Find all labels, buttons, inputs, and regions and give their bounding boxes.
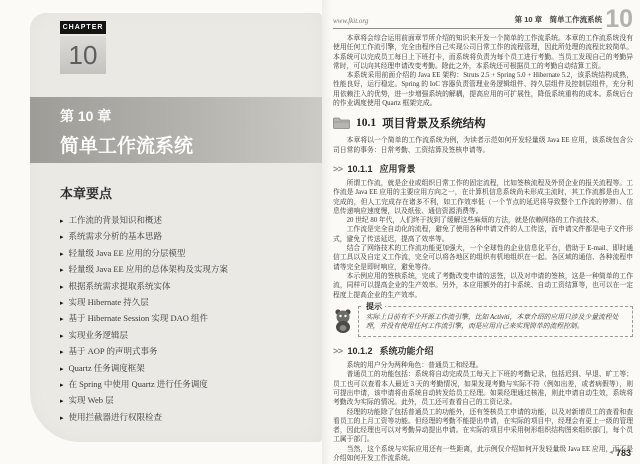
arrow-bullet-icon: ▸ — [60, 312, 64, 327]
mascot-icon — [333, 308, 353, 334]
section-title: 项目背景及系统结构 — [382, 115, 486, 131]
toc-item-label: 实现 Hibernate 持久层 — [69, 295, 149, 310]
arrow-bullet-icon: ▸ — [60, 345, 64, 360]
chevrons-icon: >> — [333, 164, 343, 174]
toc-item-label: 使用拦截器进行权限检查 — [69, 410, 163, 425]
tip-text: 实际上目前有不少开源工作流引擎，比如 Activiti，本章介绍的应用只涉及少量… — [366, 314, 618, 331]
toc-item-label: 基于 Hibernate Session 实现 DAO 组件 — [69, 311, 209, 326]
chapter-toc-list: ▸工作流的背景知识和概述▸系统需求分析的基本思路▸轻量级 Java EE 应用的… — [60, 213, 304, 426]
arrow-bullet-icon: ▸ — [60, 378, 64, 393]
chapter-badge-number: 10 — [60, 36, 106, 74]
subsection-number: 10.1.1 — [348, 164, 373, 174]
chapter-title: 简单工作流系统 — [60, 131, 322, 158]
toc-item: ▸工作流的背景知识和概述 — [60, 213, 304, 229]
arrow-bullet-icon: ▸ — [60, 263, 64, 278]
toc-item-label: 实现业务逻辑层 — [69, 328, 129, 343]
subsection-number: 10.1.2 — [348, 346, 373, 356]
toc-item: ▸Quartz 任务调度框架 — [60, 361, 304, 377]
subsection-title: 应用背景 — [380, 162, 416, 175]
chevrons-icon: >> — [333, 346, 343, 356]
toc-item: ▸轻量级 Java EE 应用的总体架构及实现方案 — [60, 262, 304, 278]
arrow-bullet-icon: ▸ — [60, 247, 64, 262]
toc-item: ▸系统需求分析的基本思路 — [60, 229, 304, 245]
arrow-bullet-icon: ▸ — [60, 214, 64, 229]
header-chapter-number: 10 — [605, 10, 633, 29]
body-paragraph: 所谓工作流，就是企业或组织日常工作的固定流程，比如签核流程及外贸企业的报关流程等… — [333, 179, 633, 216]
page-number-value: 783 — [616, 448, 631, 458]
toc-item-label: 工作流的背景知识和概述 — [69, 213, 163, 228]
toc-item: ▸使用拦截器进行权限检查 — [60, 410, 304, 426]
toc-item: ▸基于 Hibernate Session 实现 DAO 组件 — [60, 311, 304, 327]
section-number: 10.1 — [356, 117, 376, 129]
toc-item-label: 系统需求分析的基本思路 — [69, 229, 163, 244]
chapter-badge: CHAPTER 10 — [60, 21, 106, 74]
tip-label: 提示 — [363, 301, 385, 312]
toc-heading: 本章要点 — [60, 183, 304, 202]
body-paragraph: 系统的用户分为两种角色：普通员工和经理。 — [333, 361, 633, 370]
body-paragraph: 普通员工的功能包括：系统将自动完成员工每天上下班的考勤记录，包括迟到、早退、旷工… — [333, 370, 633, 407]
arrow-bullet-icon: ▸ — [60, 411, 64, 426]
arrow-bullet-icon: ▸ — [60, 362, 64, 377]
toc-item: ▸轻量级 Java EE 应用的分层模型 — [60, 246, 304, 262]
intro-paragraph: 本章将会综合运用前面章节所介绍的知识来开发一个简单的工作流系统。本章的工作流系统… — [333, 34, 633, 71]
book-spread: CHAPTER 10 第 10 章 简单工作流系统 本章要点 ▸工作流的背景知识… — [0, 0, 640, 464]
arrow-bullet-icon: ▸ — [60, 280, 64, 295]
arrow-bullet-icon: ▸ — [60, 394, 64, 409]
arrow-bullet-icon: ▸ — [60, 296, 64, 311]
subsection-title: 系统功能介绍 — [380, 344, 434, 357]
subsection-heading-10-1-2: >> 10.1.2 系统功能介绍 — [333, 344, 633, 357]
toc-item: ▸实现业务逻辑层 — [60, 328, 304, 344]
chapter-title-band: 第 10 章 简单工作流系统 — [30, 97, 322, 163]
tip-box: 提示 实际上目前有不少开源工作流引擎，比如 Activiti，本章介绍的应用只涉… — [333, 306, 633, 337]
body-paragraph: 20 世纪 80 年代，人们终于找到了缓解这些麻烦的方法，就是依赖网络的工作流技… — [333, 216, 633, 225]
toc-item: ▸实现 Web 层 — [60, 393, 304, 409]
section-intro-paragraph: 本章将以一个简单的工作流系统为例，为读者示范如何开发轻量级 Java EE 应用… — [333, 136, 633, 155]
website-url: www.fkit.org — [333, 17, 368, 25]
toc-item-label: 在 Spring 中使用 Quartz 进行任务调度 — [69, 377, 208, 392]
body-paragraph: 当然，这个系统与实际应用还有一些距离，此示例仅介绍如何开发轻量级 Java EE… — [333, 445, 633, 464]
running-title: 第 10 章 简单工作流系统 — [515, 14, 603, 25]
toc-item-label: Quartz 任务调度框架 — [69, 361, 145, 376]
toc-item-label: 基于 AOP 的声明式事务 — [69, 344, 158, 359]
left-arrow-icon: ◄ — [608, 450, 614, 456]
chapter-number-line: 第 10 章 — [60, 106, 322, 126]
body-paragraph: 经理的功能除了包括普通员工的功能外，还有签核员工申请的功能，以及对新增员工的查看… — [333, 408, 633, 445]
body-paragraph: 结合了网络技术的工作流功能更加强大，一个全球性的企业信息化平台，借助于 E-ma… — [333, 244, 633, 272]
chapter-badge-label: CHAPTER — [60, 21, 106, 34]
toc-item-label: 轻量级 Java EE 应用的分层模型 — [69, 246, 186, 261]
page-gutter — [322, 0, 332, 464]
section-heading-10-1: 10.1 项目背景及系统结构 — [333, 115, 633, 131]
tip-body: 提示 实际上目前有不少开源工作流引擎，比如 Activiti，本章介绍的应用只涉… — [358, 306, 633, 337]
toc-item: ▸基于 AOP 的声明式事务 — [60, 344, 304, 360]
toc-item: ▸根据系统需求提取系统实体 — [60, 279, 304, 295]
page-number: ◄ 783 — [608, 448, 631, 458]
right-page: www.fkit.org 第 10 章 简单工作流系统 10 本章将会综合运用前… — [333, 10, 633, 460]
toc-item-label: 根据系统需求提取系统实体 — [69, 279, 171, 294]
left-page: CHAPTER 10 第 10 章 简单工作流系统 本章要点 ▸工作流的背景知识… — [30, 13, 322, 442]
folder-icon — [333, 117, 350, 129]
intro-paragraph: 本系统采用前面介绍的 Java EE 架构：Struts 2.5 + Sprin… — [333, 71, 633, 108]
body-paragraph: 工作流是完全自动化的流程，避免了使用各种申请文件的人工传送，而申请文件都是电子文… — [333, 225, 633, 244]
toc-item-label: 轻量级 Java EE 应用的总体架构及实现方案 — [69, 262, 228, 277]
chapter-toc: 本章要点 ▸工作流的背景知识和概述▸系统需求分析的基本思路▸轻量级 Java E… — [60, 183, 304, 426]
toc-item: ▸在 Spring 中使用 Quartz 进行任务调度 — [60, 377, 304, 393]
subsection-heading-10-1-1: >> 10.1.1 应用背景 — [333, 162, 633, 175]
header-rule: www.fkit.org 第 10 章 简单工作流系统 — [333, 14, 602, 29]
toc-item-label: 实现 Web 层 — [69, 393, 114, 408]
arrow-bullet-icon: ▸ — [60, 329, 64, 344]
body-paragraph: 本示例应用的签核系统，完成了考勤改变申请的送签，以及对申请的签核，这是一种简单的… — [333, 272, 633, 300]
arrow-bullet-icon: ▸ — [60, 230, 64, 245]
page-header: www.fkit.org 第 10 章 简单工作流系统 10 — [333, 10, 633, 29]
toc-item: ▸实现 Hibernate 持久层 — [60, 295, 304, 311]
